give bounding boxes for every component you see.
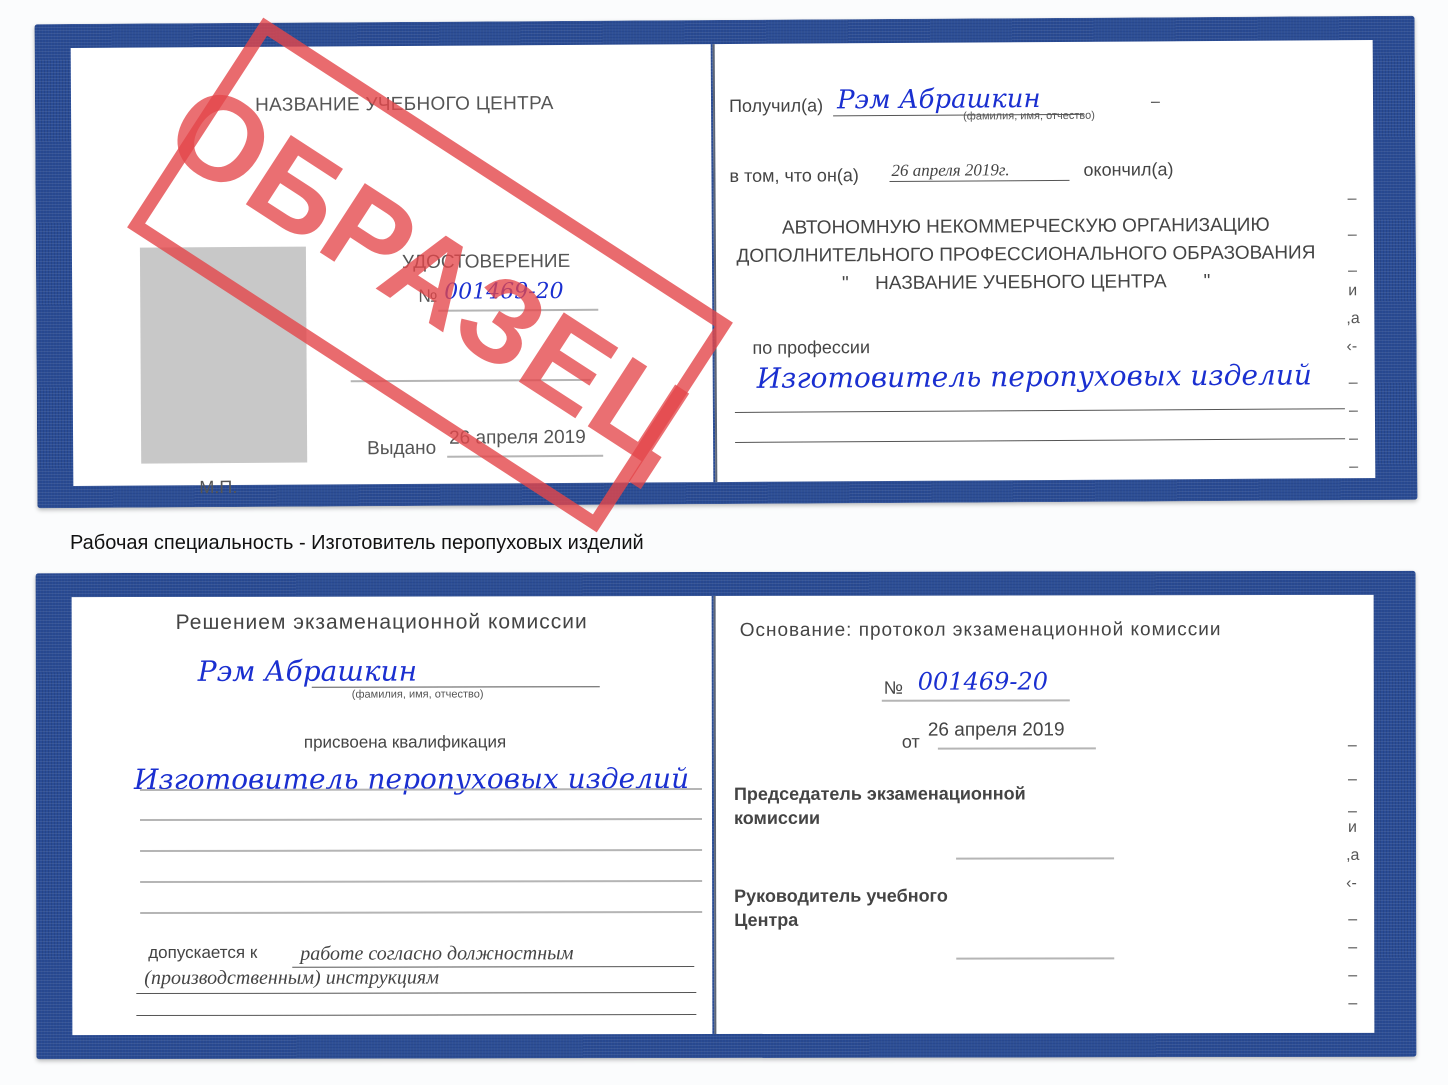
photo-placeholder [140, 247, 307, 464]
edge-mark: – [1349, 374, 1358, 392]
chairman-label-2: комиссии [734, 808, 820, 829]
edge-mark: – [1348, 967, 1357, 985]
profession-underline-2 [735, 438, 1345, 443]
number-underline [438, 309, 598, 312]
edge-mark: – [1349, 430, 1358, 448]
certificate-back-cover: Решением экзаменационной комиссии Рэм Аб… [36, 571, 1417, 1059]
holder-name-hint: (фамилия, имя, отчество) [352, 688, 484, 700]
edge-mark: – [1349, 458, 1358, 476]
head-label-1: Руководитель учебного [734, 886, 948, 907]
completion-date: 26 апреля 2019г. [891, 160, 1009, 181]
head-label-2: Центра [734, 910, 798, 931]
protocol-date-underline [938, 747, 1096, 749]
qualification-line-4 [140, 880, 702, 883]
name-hint: (фамилия, имя, отчество) [963, 110, 1095, 123]
doc-title: УДОСТОВЕРЕНИЕ [402, 251, 570, 274]
profession-label: по профессии [752, 337, 870, 359]
seal-label: М.П. [199, 477, 237, 498]
org-line-1: АВТОНОМНУЮ НЕКОММЕРЧЕСКУЮ ОРГАНИЗАЦИЮ [716, 214, 1336, 240]
certificate-front-cover: НАЗВАНИЕ УЧЕБНОГО ЦЕНТРА УДОСТОВЕРЕНИЕ №… [35, 16, 1418, 508]
chairman-label-1: Председатель экзаменационной [734, 783, 1026, 805]
holder-name: Рэм Абрашкин [198, 655, 417, 688]
head-signature-line [956, 957, 1114, 959]
edge-mark: – [1348, 939, 1357, 957]
qualification-line-5 [140, 911, 702, 914]
protocol-date-prefix: от [902, 732, 920, 753]
edge-mark: ,а [1346, 310, 1359, 328]
edge-mark: ‹- [1346, 338, 1357, 356]
issued-label: Выдано [367, 438, 436, 460]
completion-underline [890, 180, 1070, 182]
edge-mark: ,а [1346, 847, 1359, 865]
front-right-page: Получил(а) Рэм Абрашкин (фамилия, имя, о… [713, 40, 1376, 482]
number-prefix: № [418, 286, 437, 307]
center-name: НАЗВАНИЕ УЧЕБНОГО ЦЕНТРА [255, 93, 554, 117]
qualification-line-2 [140, 818, 702, 821]
issued-date: 26 апреля 2019 [449, 427, 586, 450]
admitted-label: допускается к [148, 943, 257, 963]
edge-mark: – [1348, 226, 1357, 244]
edge-mark: – [1349, 402, 1358, 420]
edge-mark: ‹- [1346, 875, 1357, 893]
received-label: Получил(а) [729, 95, 823, 117]
certificate-number: 001469-20 [444, 279, 564, 305]
qualification-value: Изготовитель перопуховых изделий [134, 762, 689, 796]
protocol-number-prefix: № [884, 678, 903, 699]
basis-heading: Основание: протокол экзаменационной коми… [740, 619, 1222, 642]
specialty-caption: Рабочая специальность - Изготовитель пер… [70, 532, 644, 555]
edge-mark: – [1348, 262, 1357, 280]
edge-mark: – [1348, 737, 1357, 755]
org-line-2: ДОПОЛНИТЕЛЬНОГО ПРОФЕССИОНАЛЬНОГО ОБРАЗО… [716, 242, 1336, 268]
edge-mark: – [1348, 771, 1357, 789]
profession-underline-1 [735, 408, 1345, 413]
admitted-line-2: (производственным) инструкциям [144, 967, 439, 991]
admitted-underline-2 [136, 992, 696, 994]
protocol-date: 26 апреля 2019 [928, 719, 1065, 741]
in-that-label: в том, что он(а) [729, 165, 859, 187]
edge-mark: – [1348, 995, 1357, 1013]
blank-line [351, 379, 591, 382]
back-right-page: Основание: протокол экзаменационной коми… [714, 595, 1375, 1034]
admitted-underline-3 [136, 1014, 696, 1016]
chairman-signature-line [956, 857, 1114, 859]
admitted-line-1: работе согласно должностным [300, 942, 573, 965]
edge-mark: и [1348, 819, 1357, 837]
dash-mark: – [1151, 93, 1160, 111]
edge-mark: и [1348, 282, 1357, 300]
front-left-page: НАЗВАНИЕ УЧЕБНОГО ЦЕНТРА УДОСТОВЕРЕНИЕ №… [71, 44, 714, 486]
protocol-number-underline [882, 699, 1070, 701]
qualification-line-3 [140, 849, 702, 852]
profession-value: Изготовитель перопуховых изделий [757, 358, 1312, 394]
edge-mark: – [1348, 911, 1357, 929]
org-line-3: " НАЗВАНИЕ УЧЕБНОГО ЦЕНТРА " [716, 270, 1336, 296]
issued-underline [447, 455, 603, 458]
completed-label: окончил(а) [1083, 159, 1173, 181]
qualification-label: присвоена квалификация [304, 732, 506, 752]
protocol-number: 001469-20 [918, 667, 1048, 695]
decision-heading: Решением экзаменационной комиссии [176, 610, 588, 635]
back-left-page: Решением экзаменационной комиссии Рэм Аб… [72, 596, 713, 1035]
edge-mark: – [1348, 190, 1357, 208]
